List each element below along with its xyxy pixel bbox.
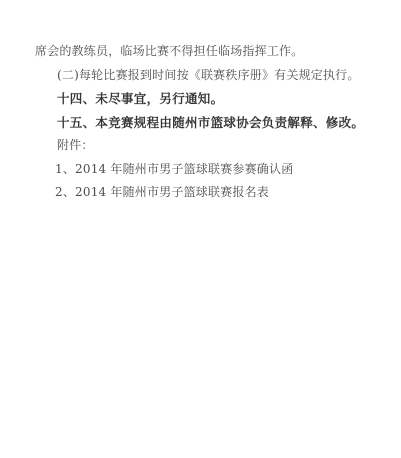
heading-article-15: 十五、本竞赛规程由随州市篮球协会负责解释、修改。 (0, 111, 401, 135)
paragraph-checkin-rule: (二)每轮比赛报到时间按《联赛秩序册》有关规定执行。 (0, 64, 401, 88)
attachments-label: 附件： (0, 134, 401, 158)
paragraph-coaches-restriction: 席会的教练员，临场比赛不得担任临场指挥工作。 (0, 40, 401, 64)
document-page: 席会的教练员，临场比赛不得担任临场指挥工作。 (二)每轮比赛报到时间按《联赛秩序… (0, 0, 401, 458)
heading-article-14: 十四、未尽事宜，另行通知。 (0, 87, 401, 111)
attachment-item-2: 2、2014 年随州市男子篮球联赛报名表 (0, 181, 401, 205)
document-text-block: 席会的教练员，临场比赛不得担任临场指挥工作。 (二)每轮比赛报到时间按《联赛秩序… (0, 40, 401, 205)
attachment-item-1: 1、2014 年随州市男子篮球联赛参赛确认函 (0, 158, 401, 182)
